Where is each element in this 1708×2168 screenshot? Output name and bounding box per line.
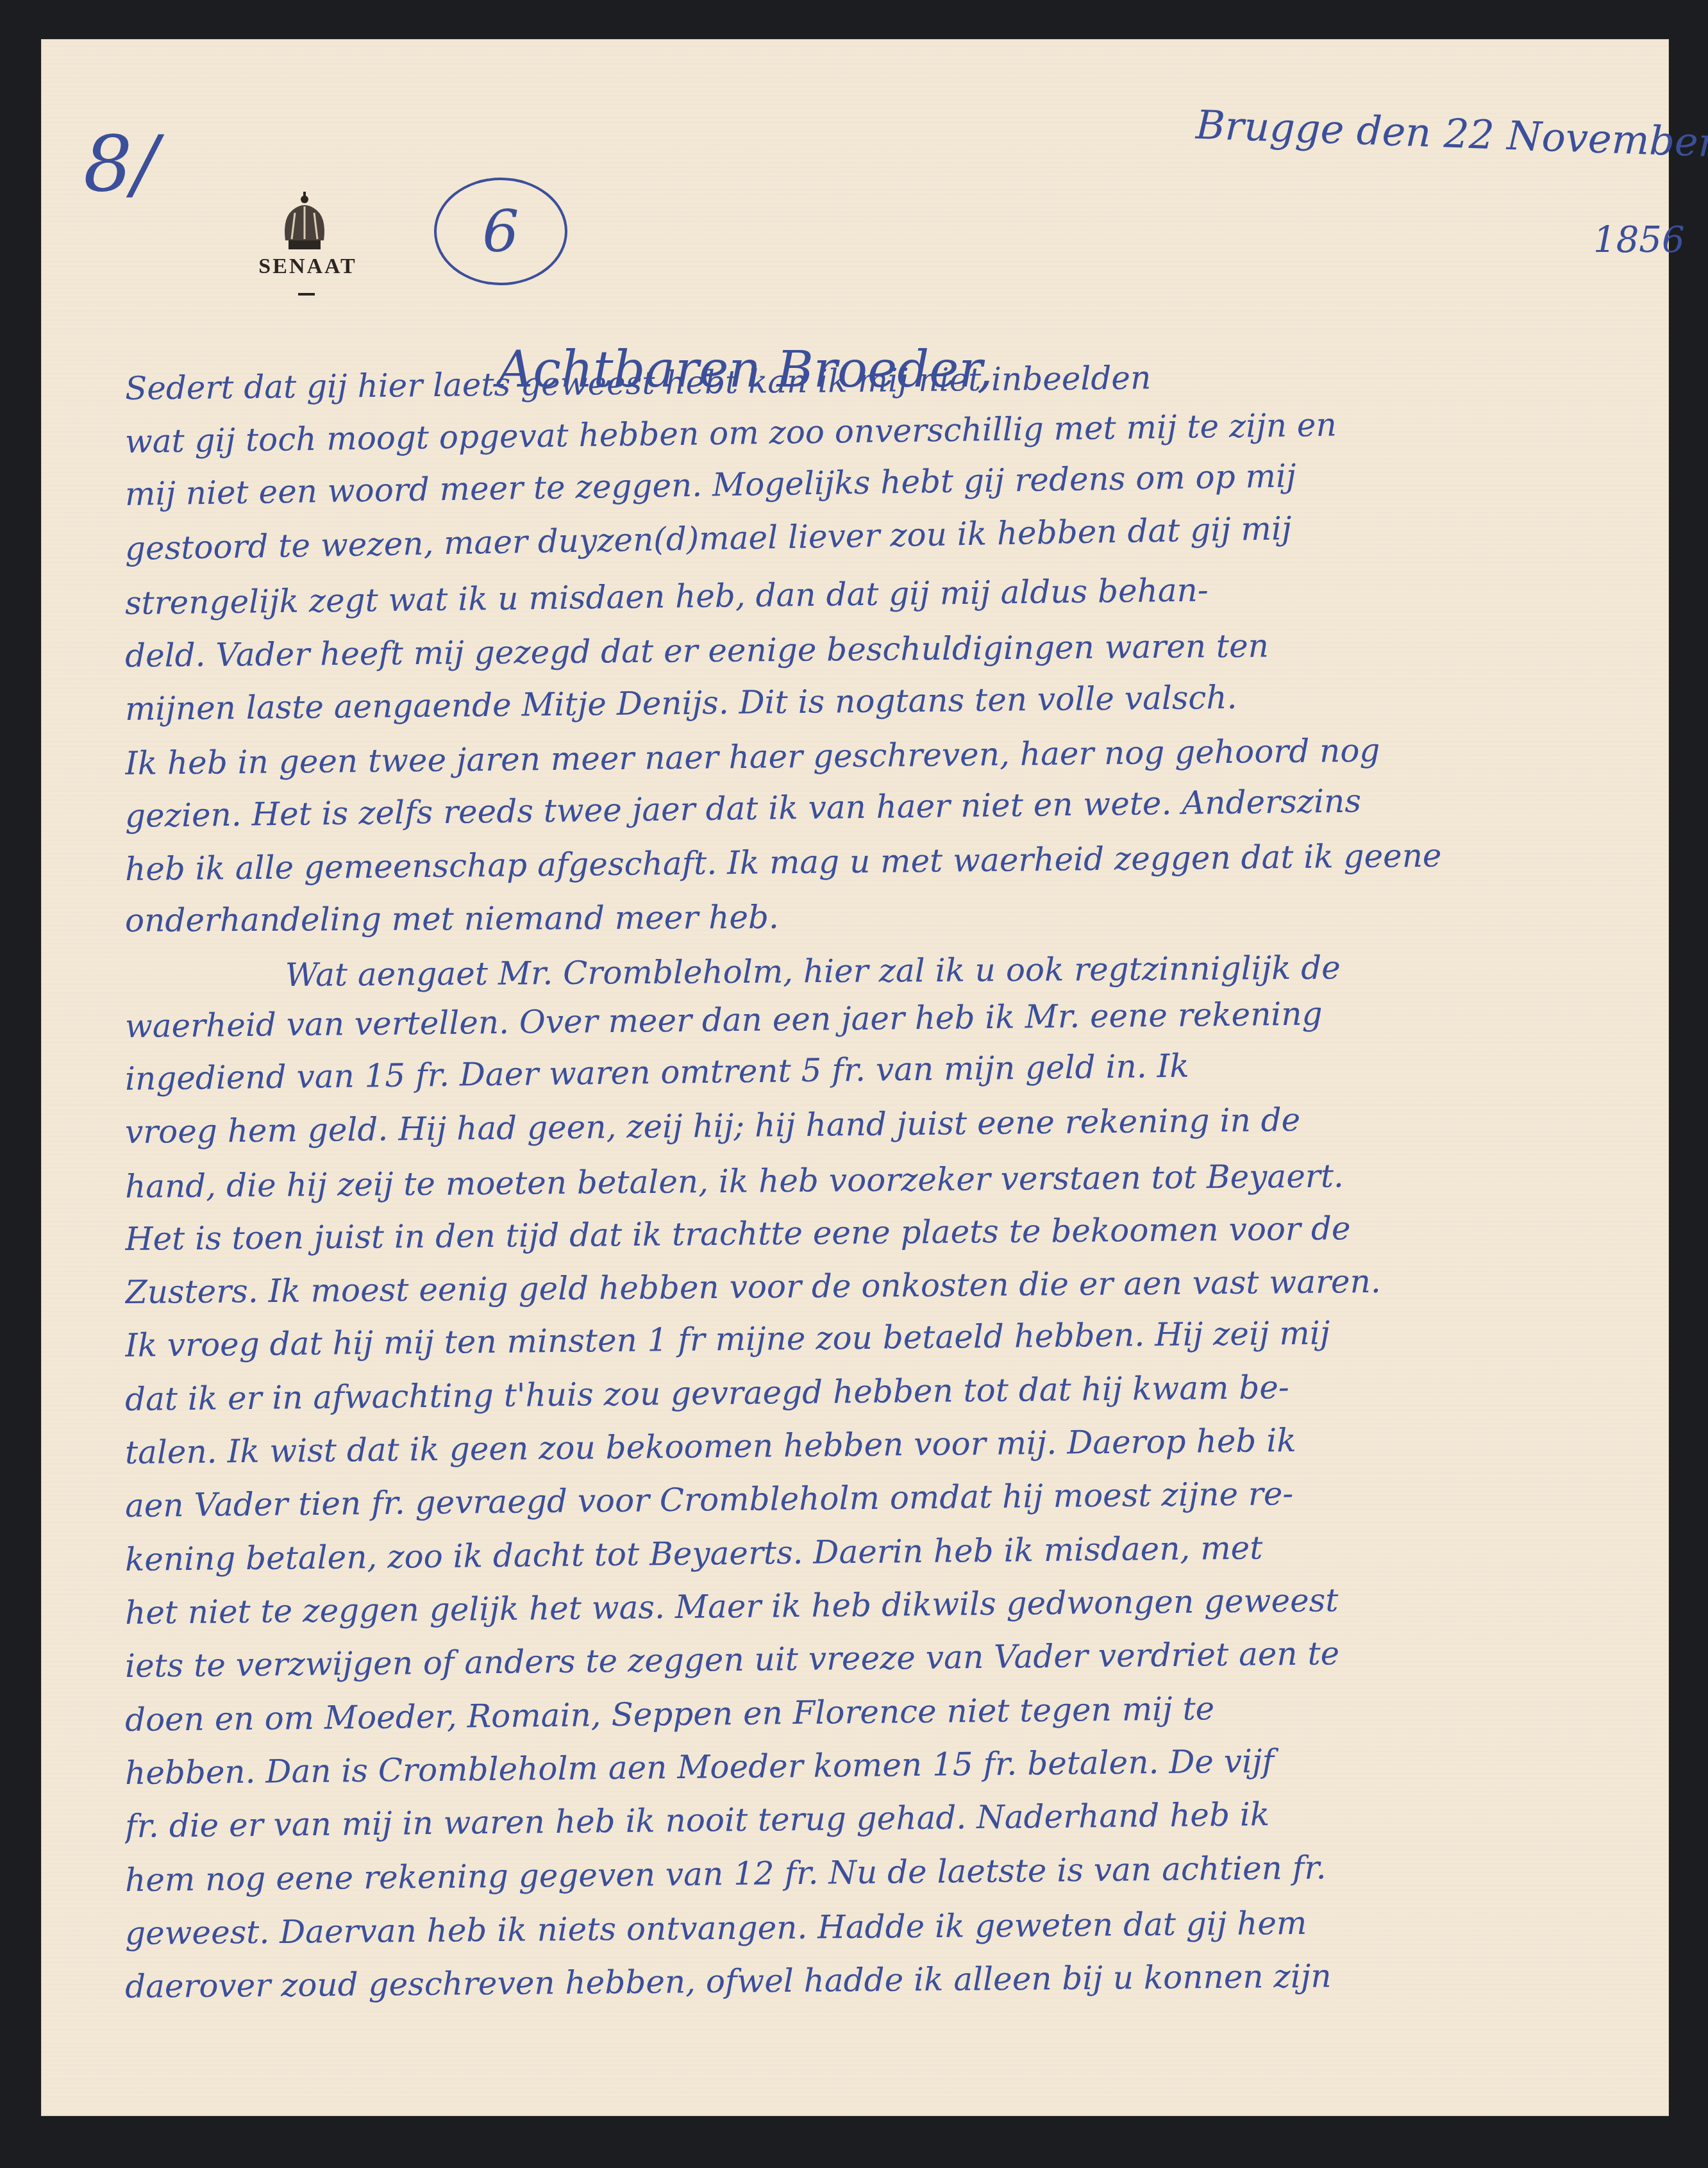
letter-line: heb ik alle gemeenschap afgeschaft. Ik m… xyxy=(125,835,1651,888)
letter-line: Zusters. Ik moest eenig geld hebben voor… xyxy=(125,1260,1651,1311)
letter-line: doen en om Moeder, Romain, Seppen en Flo… xyxy=(125,1685,1651,1739)
letter-line: strengelijk zegt wat ik u misdaen heb, d… xyxy=(125,566,1652,622)
letter-line: dat ik er in afwachting t'huis zou gevra… xyxy=(125,1365,1651,1418)
letter-line: Sedert dat gij hier laets geweest hebt k… xyxy=(125,354,1651,407)
letter-line: Het is toen juist in den tijd dat ik tra… xyxy=(125,1207,1651,1258)
letter-line: talen. Ik wist dat ik geen zou bekoomen … xyxy=(125,1418,1651,1471)
letter-line: kening betalen, zoo ik dacht tot Beyaert… xyxy=(125,1525,1651,1578)
letter-line: onderhandeling met niemand meer heb. xyxy=(125,894,1651,939)
letter-line: iets te verzwijgen of anders te zeggen u… xyxy=(125,1631,1651,1685)
letter-line: vroeg hem geld. Hij had geen, zeij hij; … xyxy=(125,1097,1651,1151)
letter-line: wat gij toch moogt opgevat hebben om zoo… xyxy=(125,402,1652,460)
letter-line: mijnen laste aengaende Mitje Denijs. Dit… xyxy=(125,674,1651,728)
letter-line: Wat aengaet Mr. Crombleholm, hier zal ik… xyxy=(285,947,1651,994)
letter-line: hand, die hij zeij te moeten betalen, ik… xyxy=(125,1155,1651,1205)
letter-line: mij niet een woord meer te zeggen. Mogel… xyxy=(125,452,1652,513)
letter-line: waerheid van vertellen. Over meer dan ee… xyxy=(125,992,1651,1045)
letter-line: fr. die er van mij in waren heb ik nooit… xyxy=(125,1792,1651,1845)
letter-line: gestoord te wezen, maer duyzen(d)mael li… xyxy=(124,503,1651,567)
letter-line: daerover zoud geschreven hebben, ofwel h… xyxy=(125,1955,1651,2005)
letter-line: aen Vader tien fr. gevraegd voor Cromble… xyxy=(125,1471,1651,1524)
letter-line: ingediend van 15 fr. Daer waren omtrent … xyxy=(125,1042,1652,1097)
letter-body: Sedert dat gij hier laets geweest hebt k… xyxy=(42,40,1668,2115)
letter-page: 8/ SENAAT 6 Brugge den 22 November 1856 … xyxy=(42,40,1668,2115)
letter-line: hem nog eene rekening gegeven van 12 fr.… xyxy=(125,1846,1651,1899)
letter-line: geweest. Daervan heb ik niets ontvangen.… xyxy=(125,1901,1651,1952)
letter-line: hebben. Dan is Crombleholm aen Moeder ko… xyxy=(125,1739,1651,1792)
letter-line: Ik vroeg dat hij mij ten minsten 1 fr mi… xyxy=(125,1311,1651,1364)
letter-line: Ik heb in geen twee jaren meer naer haer… xyxy=(125,729,1651,782)
letter-line: deld. Vader heeft mij gezegd dat er eeni… xyxy=(125,624,1651,674)
letter-line: gezien. Het is zelfs reeds twee jaer dat… xyxy=(125,779,1652,835)
letter-line: het niet te zeggen gelijk het was. Maer … xyxy=(125,1578,1651,1631)
